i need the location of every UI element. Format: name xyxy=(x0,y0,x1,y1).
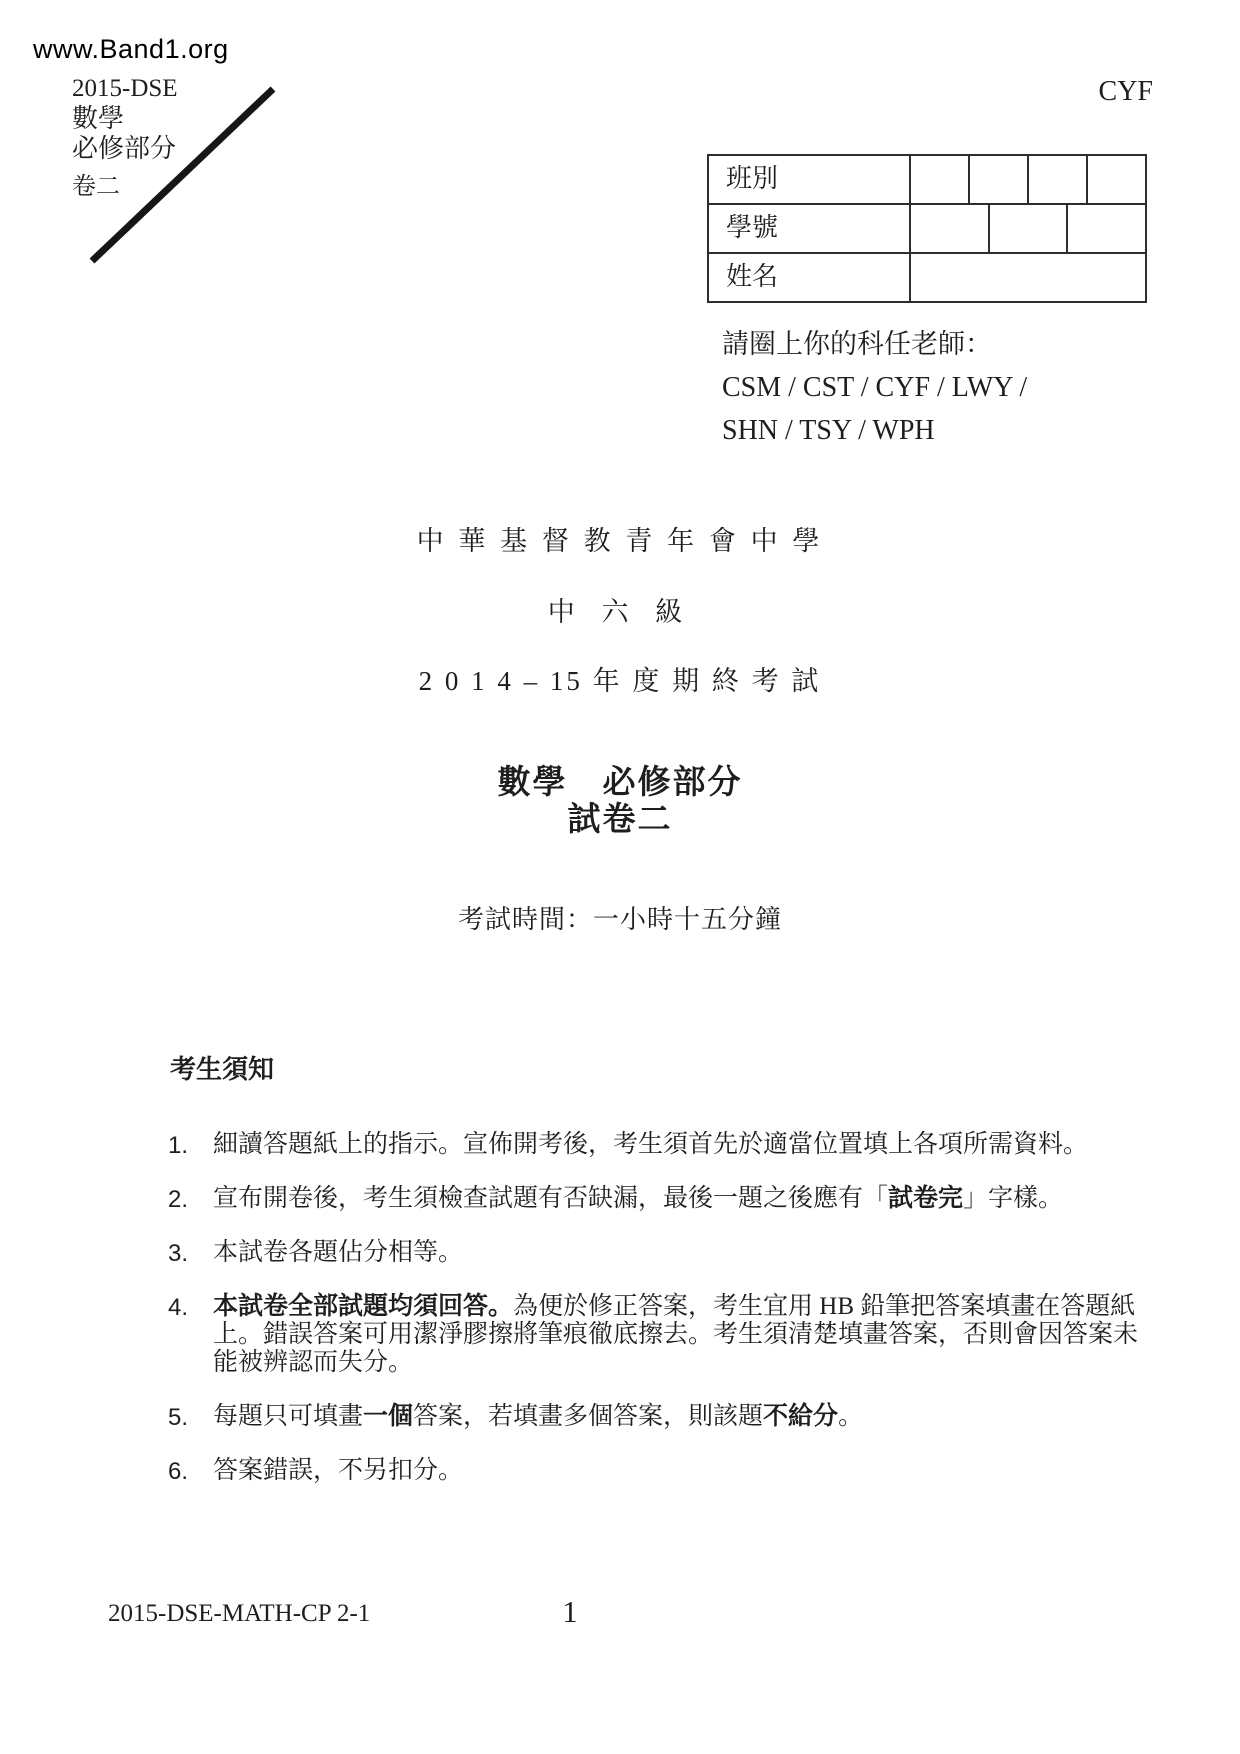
teacher-options-line-2: SHN / TSY / WPH xyxy=(722,409,1027,452)
blank-fill-cell xyxy=(1027,156,1086,203)
grade-level: 中 六 級 xyxy=(0,590,1240,629)
teacher-options-line-1: CSM / CST / CYF / LWY / xyxy=(722,366,1027,409)
table-label-class: 班別 xyxy=(709,156,909,203)
watermark: www.Band1.org xyxy=(33,34,229,65)
table-row-class: 班別 xyxy=(709,156,1145,203)
notes-heading: 考生須知 xyxy=(170,1049,274,1086)
paper-number-title: 試卷二 xyxy=(0,793,1240,840)
note-text: 每題只可填畫一個答案，若填畫多個答案，則該題不給分。 xyxy=(213,1403,1098,1431)
table-fill-cells xyxy=(909,254,1145,301)
note-number: 3. xyxy=(168,1240,188,1268)
note-text: 本試卷各題佔分相等。 xyxy=(213,1239,1098,1267)
blank-fill-cell xyxy=(911,205,988,252)
table-label-student-number: 學號 xyxy=(709,205,909,252)
exam-session-title: 2 0 1 4 – 15 年 度 期 終 考 試 xyxy=(0,659,1240,698)
note-number: 5. xyxy=(168,1404,188,1432)
school-name: 中 華 基 督 教 青 年 會 中 學 xyxy=(0,519,1240,558)
note-text: 細讀答題紙上的指示。宣佈開考後，考生須首先於適當位置填上各項所需資料。 xyxy=(213,1131,1098,1159)
note-number: 1. xyxy=(168,1132,188,1160)
exam-cover-page: www.Band1.org 2015-DSE 數學 必修部分 卷二 CYF 班別… xyxy=(0,0,1240,1754)
note-item: 5.每題只可填畫一個答案，若填畫多個答案，則該題不給分。 xyxy=(168,1403,1098,1431)
table-row-name: 姓名 xyxy=(709,252,1145,301)
note-item: 1.細讀答題紙上的指示。宣佈開考後，考生須首先於適當位置填上各項所需資料。 xyxy=(168,1131,1098,1159)
note-item: 6.答案錯誤，不另扣分。 xyxy=(168,1457,1098,1485)
blank-fill-cell xyxy=(988,205,1067,252)
note-item: 2.宣布開卷後，考生須檢查試題有否缺漏，最後一題之後應有「試卷完」字樣。 xyxy=(168,1185,1098,1213)
student-info-table: 班別 學號 姓名 xyxy=(707,154,1147,303)
table-label-name: 姓名 xyxy=(709,254,909,301)
table-fill-cells xyxy=(909,205,1145,252)
table-fill-cells xyxy=(909,156,1145,203)
footer-code: 2015-DSE-MATH-CP 2-1 xyxy=(108,1600,370,1628)
blank-fill-cell xyxy=(1086,156,1145,203)
note-number: 4. xyxy=(168,1294,188,1322)
note-text: 答案錯誤，不另扣分。 xyxy=(213,1457,1098,1485)
notes-list: 1.細讀答題紙上的指示。宣佈開考後，考生須首先於適當位置填上各項所需資料。2.宣… xyxy=(168,1131,1098,1511)
note-number: 6. xyxy=(168,1458,188,1486)
note-number: 2. xyxy=(168,1186,188,1214)
teacher-initial-badge: CYF xyxy=(1099,76,1153,108)
circle-teacher-instruction: 請圈上你的科任老師： xyxy=(722,323,1027,366)
blank-fill-cell xyxy=(1066,205,1145,252)
exam-duration: 考試時間：一小時十五分鐘 xyxy=(0,899,1240,936)
note-text: 宣布開卷後，考生須檢查試題有否缺漏，最後一題之後應有「試卷完」字樣。 xyxy=(213,1185,1098,1213)
table-row-student-number: 學號 xyxy=(709,203,1145,252)
strikethrough-line xyxy=(70,80,285,275)
circle-teacher-block: 請圈上你的科任老師： CSM / CST / CYF / LWY / SHN /… xyxy=(722,323,1027,452)
blank-fill-cell xyxy=(911,156,968,203)
note-item: 3.本試卷各題佔分相等。 xyxy=(168,1239,1098,1267)
blank-fill-cell xyxy=(911,254,1145,301)
blank-fill-cell xyxy=(968,156,1027,203)
page-number: 1 xyxy=(520,1594,620,1630)
note-item: 4.本試卷全部試題均須回答。為便於修正答案，考生宜用 HB 鉛筆把答案填畫在答題… xyxy=(168,1293,1098,1377)
note-text: 本試卷全部試題均須回答。為便於修正答案，考生宜用 HB 鉛筆把答案填畫在答題紙上… xyxy=(213,1293,1098,1377)
